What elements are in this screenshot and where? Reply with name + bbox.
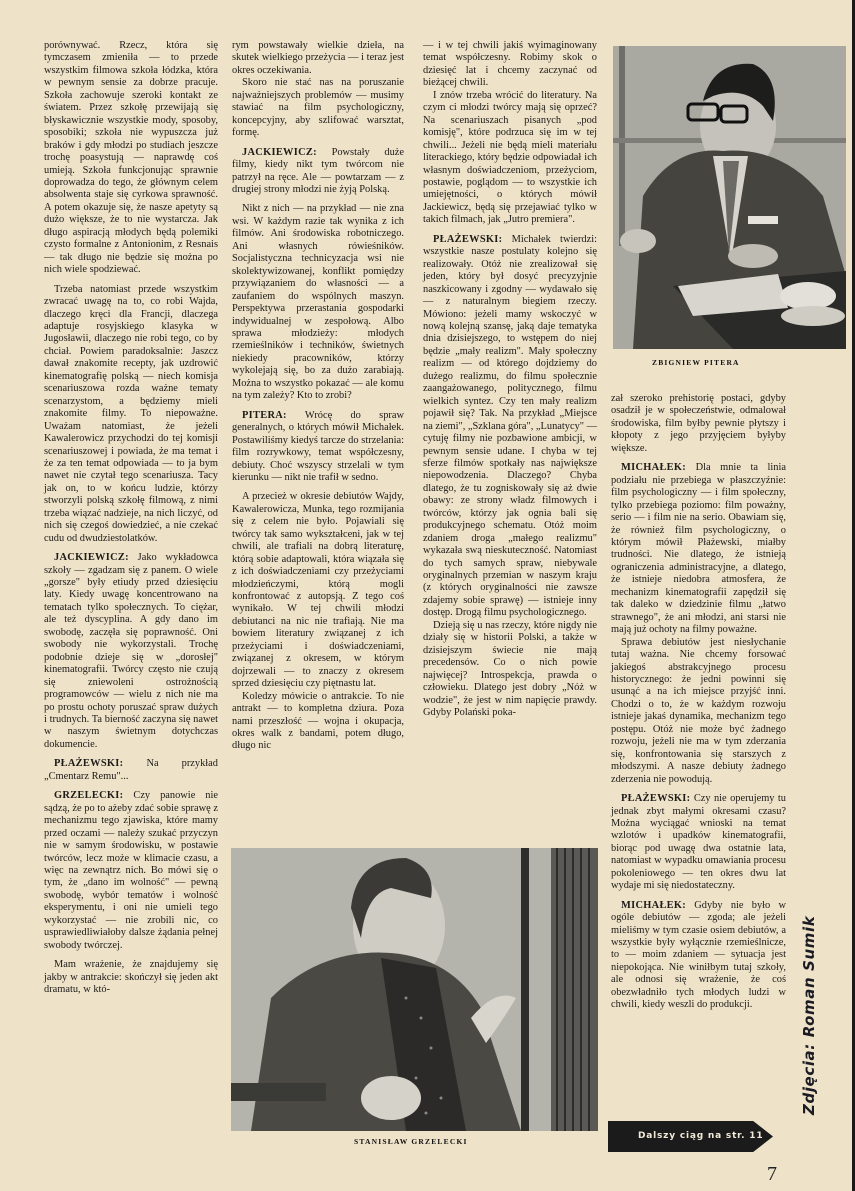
paragraph: Nikt z nich — na przykład — nie zna wsi.… [232,203,404,402]
paragraph: PITERA: Wrócę do spraw generalnych, o kt… [232,410,404,485]
paragraph: I znów trzeba wrócić do literatury. Na c… [423,90,597,227]
continued-on-page-banner[interactable]: Dalszy ciąg na str. 11 [608,1121,773,1152]
speaker-name: PŁAŻEWSKI: [621,793,690,804]
speaker-name: JACKIEWICZ: [54,552,129,563]
paragraph: rym powstawały wielkie dzieła, na skutek… [232,40,404,77]
speech-text: Jako wykładowca szkoły — zgadzam się z p… [44,552,218,750]
speaker-name: PITERA: [242,410,287,421]
paragraph: Sprawa debiutów jest niesłychanie tutaj … [611,637,786,786]
photo-caption: ZBIGNIEW PITERA [652,358,740,367]
paragraph: Skoro nie stać nas na poruszanie najważn… [232,77,404,139]
article-column-4: zał szeroko prehistorię postaci, gdyby o… [611,393,786,1019]
paragraph: JACKIEWICZ: Powstały duże filmy, kiedy n… [232,147,404,197]
speaker-name: JACKIEWICZ: [242,147,317,158]
photo-credit: Zdjęcia: Roman Sumik [800,916,818,1115]
speech-text: Dla mnie ta linia podziału nie przebiega… [611,462,786,635]
paragraph: MICHAŁEK: Gdyby nie było w ogóle debiutó… [611,900,786,1012]
paragraph: Dzieją się u nas rzeczy, które nigdy nie… [423,620,597,720]
paragraph: GRZELECKI: Czy panowie nie sądzą, że po … [44,790,218,952]
photo-zbigniew-pitera [613,46,846,349]
speech-text: Gdyby nie było w ogóle debiutów — zgoda;… [611,900,786,1011]
paragraph: MICHAŁEK: Dla mnie ta linia podziału nie… [611,462,786,636]
article-column-2: rym powstawały wielkie dzieła, na skutek… [232,40,404,760]
speaker-name: GRZELECKI: [54,790,123,801]
speaker-name: PŁAŻEWSKI: [433,234,502,245]
speaker-name: MICHAŁEK: [621,462,686,473]
speaker-name: PŁAŻEWSKI: [54,758,123,769]
paragraph: — i w tej chwili jakiś wyimaginowany tem… [423,40,597,90]
article-column-1: porównywać. Rzecz, która się tymczasem z… [44,40,218,1004]
paragraph: PŁAŻEWSKI: Michałek twierdzi: wszystkie … [423,234,597,620]
speech-text: Czy nie operujemy tu jednak zbyt małymi … [611,793,786,891]
page-number: 7 [767,1163,777,1186]
paragraph: PŁAŻEWSKI: Czy nie operujemy tu jednak z… [611,793,786,893]
paragraph: PŁAŻEWSKI: Na przykład „Cmentarz Remu"..… [44,758,218,783]
paragraph: JACKIEWICZ: Jako wykładowca szkoły — zga… [44,552,218,751]
portrait-illustration [231,848,598,1131]
paragraph: Koledzy mówicie o antrakcie. To nie antr… [232,691,404,753]
paragraph: porównywać. Rzecz, która się tymczasem z… [44,40,218,277]
paragraph: Trzeba natomiast przede wszystkim zwraca… [44,284,218,546]
speaker-name: MICHAŁEK: [621,900,686,911]
photo-caption: STANISŁAW GRZELECKI [354,1137,468,1146]
paragraph: A przecież w okresie debiutów Wajdy, Kaw… [232,491,404,690]
article-column-3: — i w tej chwili jakiś wyimaginowany tem… [423,40,597,726]
paragraph: zał szeroko prehistorię postaci, gdyby o… [611,393,786,455]
speech-text: Czy panowie nie sądzą, że po to ażeby zd… [44,790,218,950]
photo-stanislaw-grzelecki [231,848,598,1131]
paragraph: Mam wrażenie, że znajdujemy się jakby w … [44,959,218,996]
speech-text: Michałek twierdzi: wszystkie nasze postu… [423,234,597,619]
portrait-illustration [613,46,846,349]
